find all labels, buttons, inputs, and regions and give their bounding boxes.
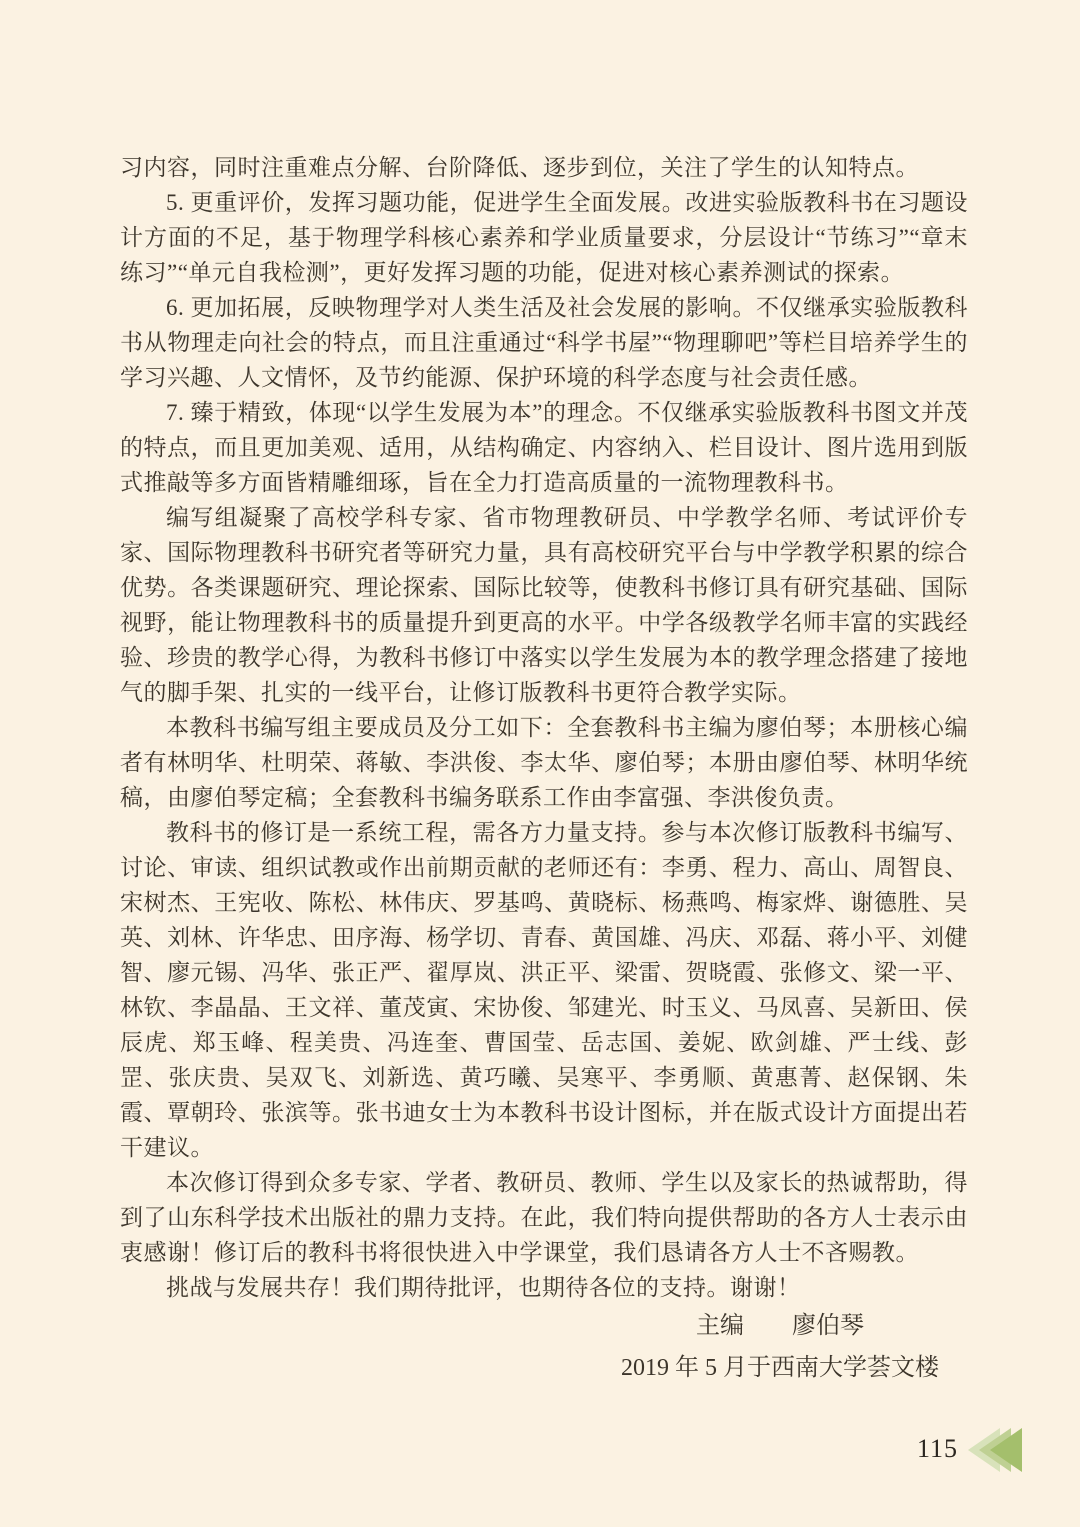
book-page: 习内容，同时注重难点分解、台阶降低、逐步到位，关注了学生的认知特点。 5. 更重… (0, 0, 1080, 1527)
paragraph-closing: 挑战与发展共存！我们期待批评，也期待各位的支持。谢谢！ (120, 1270, 968, 1305)
signature-editor-line: 主编 廖伯琴 (610, 1305, 950, 1347)
paragraph-writing-team: 编写组凝聚了高校学科专家、省市物理教研员、中学教学名师、考试评价专家、国际物理教… (120, 500, 968, 710)
paragraph-members: 本教科书编写组主要成员及分工如下：全套教科书主编为廖伯琴；本册核心编者有林明华、… (120, 710, 968, 815)
signature-block: 主编 廖伯琴 2019 年 5 月于西南大学荟文楼 (610, 1305, 950, 1389)
paragraph-continuation: 习内容，同时注重难点分解、台阶降低、逐步到位，关注了学生的认知特点。 (120, 150, 968, 185)
paragraph-item-7: 7. 臻于精致，体现“以学生发展为本”的理念。不仅继承实验版教科书图文并茂的特点… (120, 395, 968, 500)
paragraph-item-5: 5. 更重评价，发挥习题功能，促进学生全面发展。改进实验版教科书在习题设计方面的… (120, 185, 968, 290)
page-marker-triangles-icon (968, 1426, 1022, 1472)
paragraph-item-6: 6. 更加拓展，反映物理学对人类生活及社会发展的影响。不仅继承实验版教科书从物理… (120, 290, 968, 395)
paragraph-acknowledgements: 本次修订得到众多专家、学者、教研员、教师、学生以及家长的热诚帮助，得到了山东科学… (120, 1165, 968, 1270)
page-footer: 115 (917, 1426, 1022, 1472)
page-number: 115 (917, 1434, 958, 1464)
signature-date-line: 2019 年 5 月于西南大学荟文楼 (610, 1347, 950, 1389)
page-body: 习内容，同时注重难点分解、台阶降低、逐步到位，关注了学生的认知特点。 5. 更重… (120, 150, 968, 1305)
paragraph-contributors: 教科书的修订是一系统工程，需各方力量支持。参与本次修订版教科书编写、讨论、审读、… (120, 815, 968, 1165)
